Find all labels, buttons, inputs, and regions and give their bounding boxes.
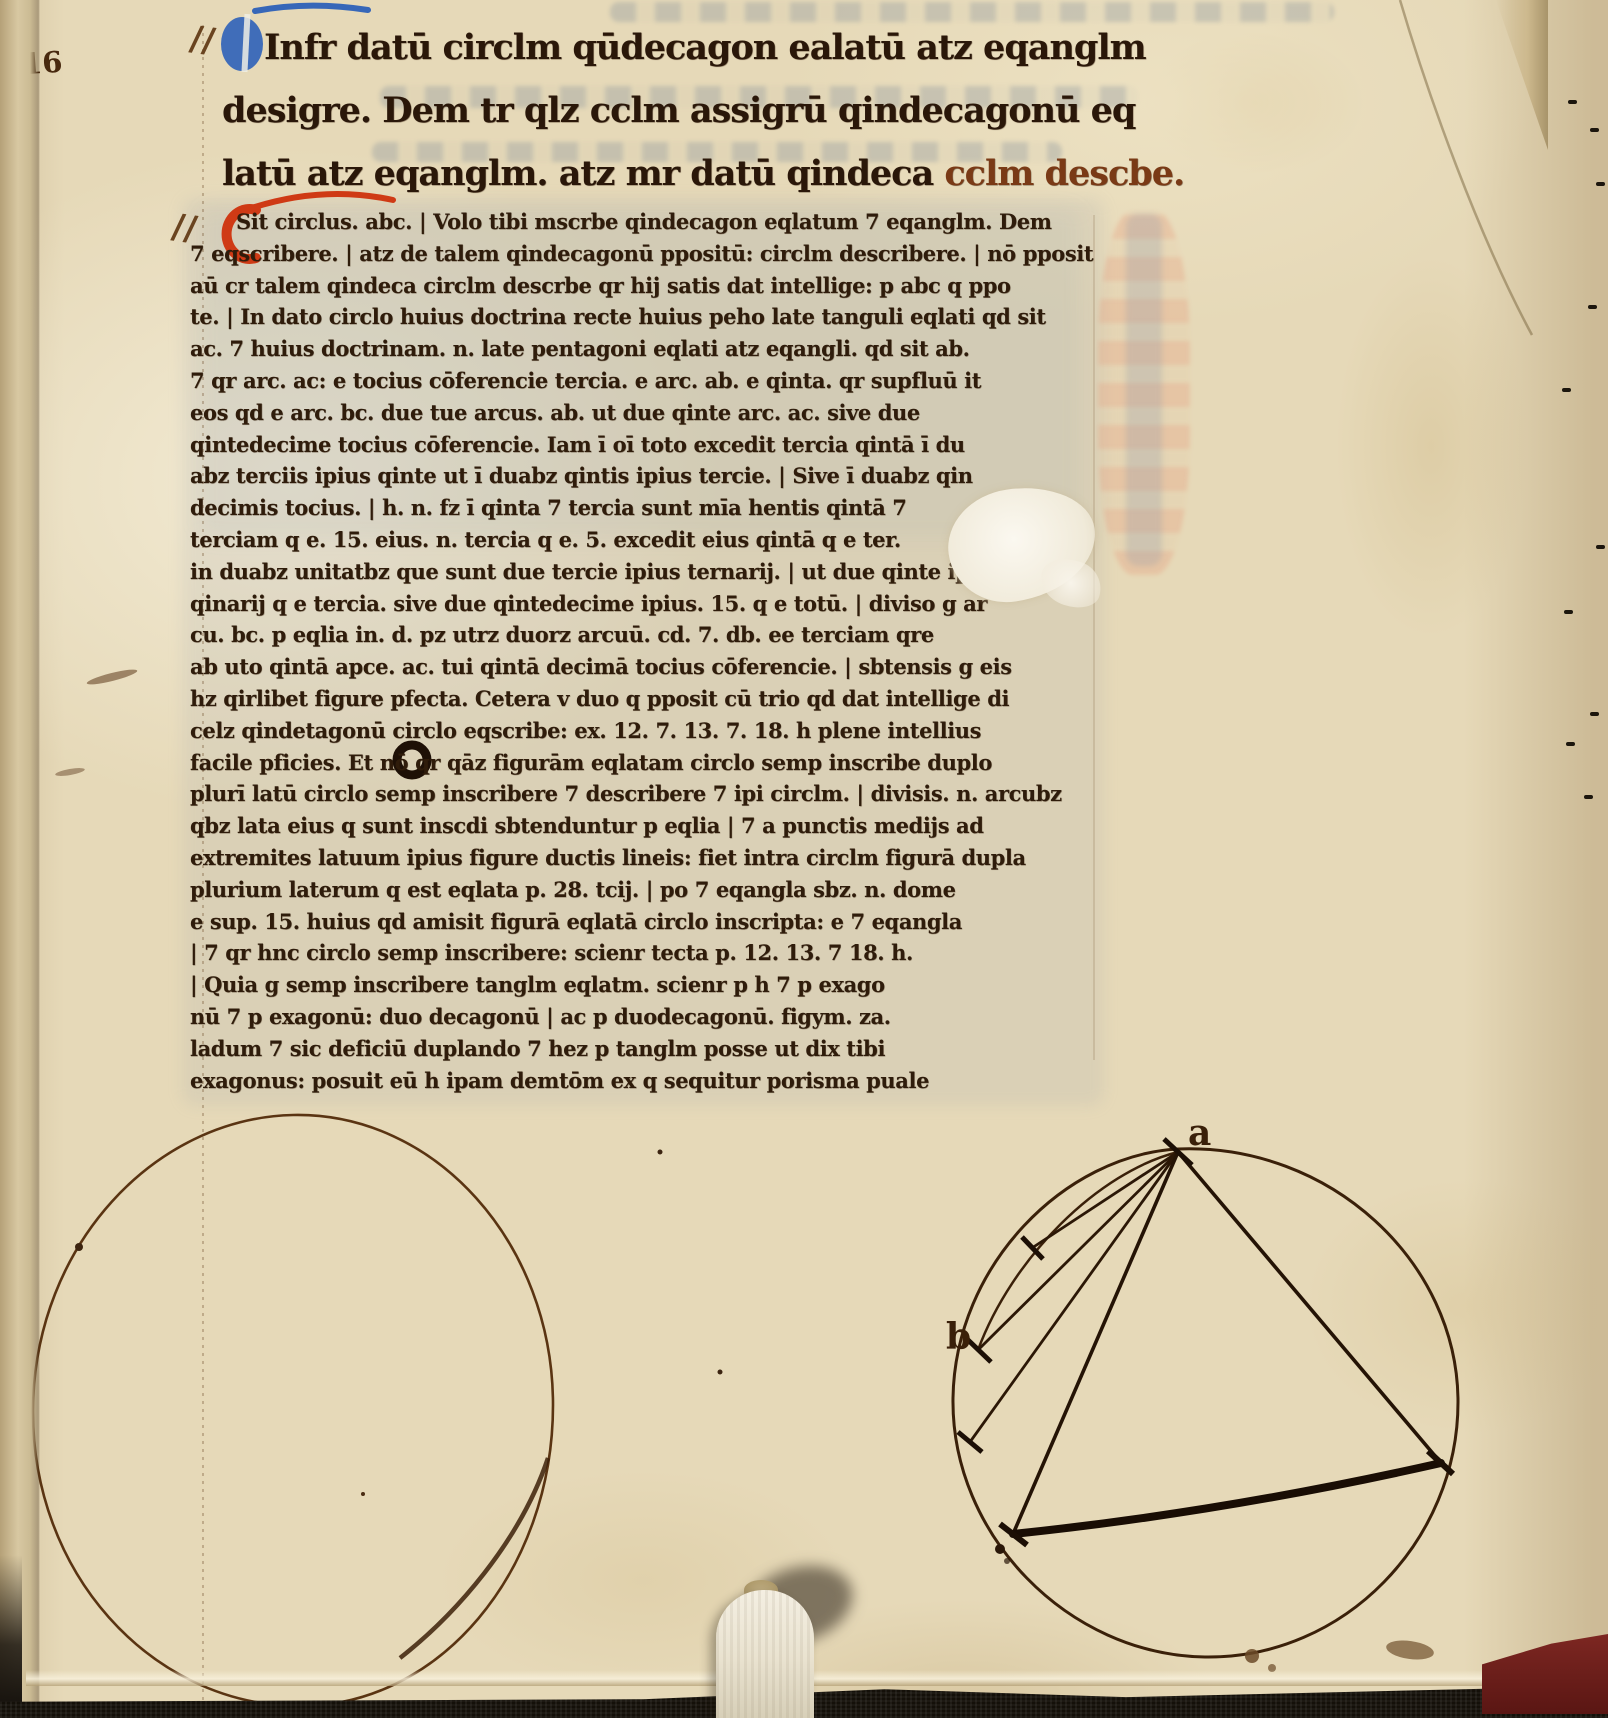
- text-line: ac. 7 huius doctrinam. n. late pentagoni…: [190, 333, 1093, 365]
- text-line: qinarij q e tercia. sive due qintedecime…: [190, 588, 1093, 620]
- text-line: 7 eqscribere. | atz de talem qindecagonū…: [190, 238, 1093, 270]
- left-circle-diagram: [33, 1115, 553, 1706]
- fore-edge-mark: [1568, 100, 1577, 104]
- text-line: 7 qr arc. ac: e tocius cōferencie tercia…: [190, 365, 1093, 397]
- text-line: ab uto qintā apce. ac. tui qintā decimā …: [190, 651, 1093, 683]
- brown-stain: [1385, 1638, 1435, 1663]
- text-line: Sit circlus. abc. | Volo tibi mscrbe qin…: [190, 206, 1093, 238]
- right-circle-diagram: [953, 1149, 1458, 1657]
- ink-speck: [361, 1492, 365, 1496]
- fore-edge-mark: [1562, 388, 1571, 392]
- text-line: aū cr talem qindeca circlm descrbe qr hi…: [190, 270, 1093, 302]
- fore-edge-mark: [1590, 712, 1599, 716]
- text-line: | Quia g semp inscribere tanglm eqlatm. …: [190, 969, 1093, 1001]
- blue-top-flourish: [255, 6, 368, 11]
- text-line: celz qindetagonū circlo eqscribe: ex. 12…: [190, 715, 1093, 747]
- fore-edge-mark: [1566, 742, 1575, 746]
- ink-smudge: [55, 766, 86, 777]
- heading-line-rubricated-tail: cclm descbe.: [944, 153, 1184, 194]
- diagram-label-a: a: [1188, 1112, 1211, 1154]
- triangle-side-right: [1178, 1152, 1441, 1463]
- triangle-side-left: [1013, 1152, 1178, 1534]
- text-line: nū 7 p exagonū: duo decagonū | ac p duod…: [190, 1001, 1093, 1033]
- triangle-base-chord: [1013, 1463, 1441, 1534]
- fore-edge-mark: [1584, 795, 1593, 799]
- text-line: eos qd e arc. bc. due tue arcus. ab. ut …: [190, 397, 1093, 429]
- left-circle-overdraw: [400, 1458, 548, 1658]
- proposition-heading: Infr datū circlm qūdecagon ealatū atz eq…: [222, 16, 1184, 205]
- text-line: exagonus: posuit eū h ipam demtōm ex q s…: [190, 1065, 1093, 1097]
- text-line: ladum 7 sic deficiū duplando 7 hez p tan…: [190, 1033, 1093, 1065]
- caret-mark-paragraph: ∕∕: [169, 206, 199, 249]
- heading-line-main: latū atz eqanglm. atz mr datū qindeca: [222, 153, 944, 194]
- heading-line: Infr datū circlm qūdecagon ealatū atz eq…: [222, 16, 1184, 79]
- commentary-text-block: Sit circlus. abc. | Volo tibi mscrbe qin…: [190, 206, 1093, 1096]
- ink-speck: [75, 1243, 83, 1251]
- text-line: plurium laterum q est eqlata p. 28. tcij…: [190, 874, 1093, 906]
- manuscript-photo: 16 ∕∕ ∕∕ Infr datū circlm qūdecagon eala…: [0, 0, 1608, 1718]
- text-line: | 7 qr hnc circlo semp inscribere: scien…: [190, 937, 1093, 969]
- caret-mark-top: ∕∕: [187, 18, 217, 61]
- bookmark-tab: [716, 1590, 814, 1718]
- text-line: qintedecime tocius cōferencie. Iam ī oī …: [190, 429, 1093, 461]
- point-tick-t2: [958, 1432, 982, 1452]
- text-line: plurī latū circlo semp inscribere 7 desc…: [190, 778, 1093, 810]
- text-line: e sup. 15. huius qd amisit figurā eqlatā…: [190, 906, 1093, 938]
- text-line: hz qirlibet figure pfecta. Cetera v duo …: [190, 683, 1093, 715]
- gutter-bottom-shadow: [0, 1555, 22, 1705]
- text-line: qbz lata eius q sunt inscdi sbtenduntur …: [190, 810, 1093, 842]
- fore-edge-mark: [1596, 182, 1605, 186]
- ink-speck: [718, 1370, 723, 1375]
- leaf-edge-curve: [1400, 0, 1532, 335]
- brown-stain: [1245, 1649, 1259, 1663]
- text-line: te. | In dato circlo huius doctrina rect…: [190, 301, 1093, 333]
- fore-edge-mark: [1596, 545, 1605, 549]
- fore-edge-mark: [1590, 128, 1599, 132]
- diagram-label-b: b: [946, 1316, 971, 1358]
- heading-line: latū atz eqanglm. atz mr datū qindeca cc…: [222, 142, 1184, 205]
- ink-smudge: [86, 667, 138, 687]
- heading-line: desigre. Dem tr qlz cclm assigrū qindeca…: [222, 79, 1184, 142]
- text-line: facile pficies. Et nō qr qāz figurām eql…: [190, 747, 1093, 779]
- ink-speck: [658, 1150, 663, 1155]
- gutter-edge: [0, 0, 40, 1718]
- text-line: cu. bc. p eqlia in. d. pz utrz duorz arc…: [190, 619, 1093, 651]
- ink-blot: [1004, 1558, 1010, 1564]
- fore-edge-mark: [1564, 610, 1573, 614]
- chord-a-t2: [970, 1152, 1178, 1442]
- ink-blot: [995, 1544, 1005, 1554]
- fore-edge-mark: [1588, 305, 1597, 309]
- text-line: abz terciis ipius qinte ut ī duabz qinti…: [190, 460, 1093, 492]
- text-line: extremites latuum ipius figure ductis li…: [190, 842, 1093, 874]
